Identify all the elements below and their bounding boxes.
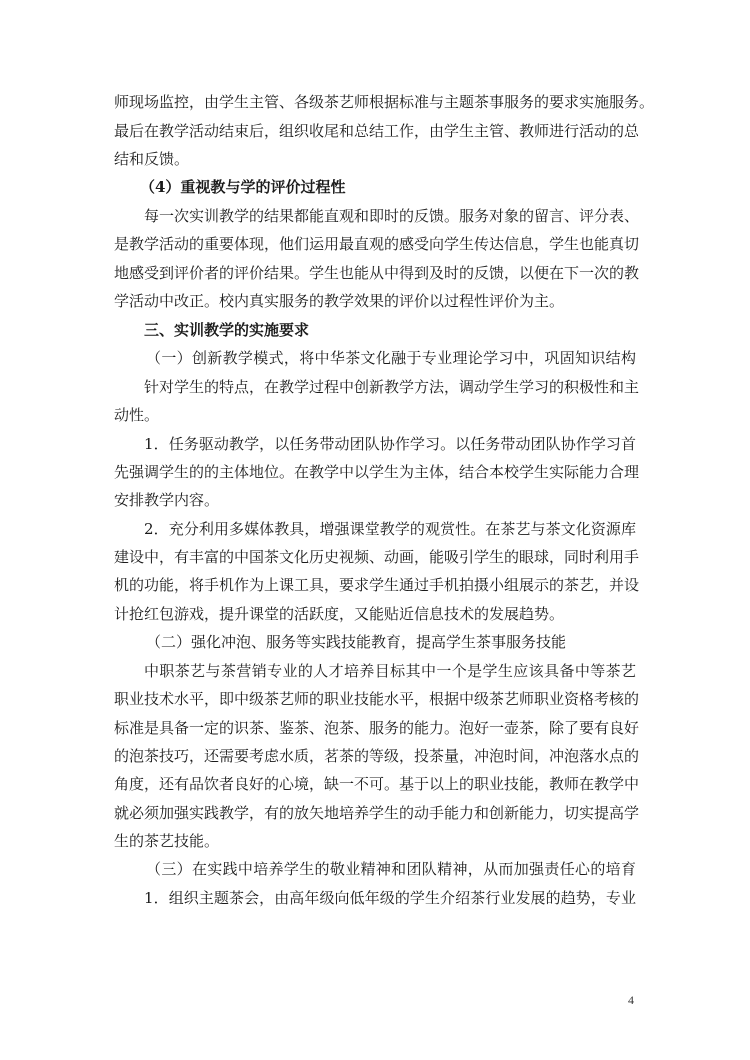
body-text-line: 动性。 [114, 404, 636, 426]
body-text-line: 安排教学内容。 [114, 489, 636, 511]
subheading-2: （二）强化冲泡、服务等实践技能教育，提高学生茶事服务技能 [146, 631, 636, 653]
chapter-heading-3: 三、实训教学的实施要求 [144, 319, 636, 341]
body-text-line: 师现场监控，由学生主管、各级茶艺师根据标准与主题茶事服务的要求实施服务。 [114, 91, 636, 113]
list-item-1-first-line: 1．任务驱动教学，以任务带动团队协作学习。以任务带动团队协作学习首 [144, 433, 636, 455]
body-text-line: 计抢红包游戏，提升课堂的活跃度，又能贴近信息技术的发展趋势。 [114, 603, 636, 625]
body-text-line: 职业技术水平，即中级茶艺师的职业技能水平，根据中级茶艺师职业资格考核的 [114, 688, 636, 710]
subheading-3: （三）在实践中培养学生的敬业精神和团队精神，从而加强责任心的培育 [146, 858, 636, 880]
subheading-1: （一）创新教学模式，将中华茶文化融于专业理论学习中，巩固知识结构 [146, 347, 636, 369]
list-item-2-first-line: 2．充分利用多媒体教具，增强课堂教学的观赏性。在茶艺与茶文化资源库 [144, 518, 636, 540]
body-text-line: 的泡茶技巧，还需要考虑水质，茗茶的等级，投茶量，冲泡时间，冲泡落水点的 [114, 745, 636, 767]
paragraph-first-line: 针对学生的特点，在教学过程中创新教学方法，调动学生学习的积极性和主 [144, 376, 636, 398]
paragraph-first-line: 中职茶艺与茶营销专业的人才培养目标其中一个是学生应该具备中等茶艺 [144, 660, 636, 682]
body-text-line: 机的功能，将手机作为上课工具，要求学生通过手机拍摄小组展示的茶艺，并设 [114, 574, 636, 596]
document-page: 师现场监控，由学生主管、各级茶艺师根据标准与主题茶事服务的要求实施服务。 最后在… [0, 0, 750, 1060]
body-text-line: 地感受到评价者的评价结果。学生也能从中得到及时的反馈，以便在下一次的教 [114, 262, 636, 284]
section-heading-4: （4）重视教与学的评价过程性 [140, 176, 662, 198]
body-text-line: 建设中，有丰富的中国茶文化历史视频、动画，能吸引学生的眼球，同时利用手 [114, 546, 636, 568]
paragraph-first-line: 每一次实训教学的结果都能直观和即时的反馈。服务对象的留言、评分表、 [144, 205, 636, 227]
body-text-line: 生的茶艺技能。 [114, 830, 636, 852]
body-text-line: 结和反馈。 [114, 148, 636, 170]
page-number: 4 [628, 993, 634, 1008]
list-item-1-first-line: 1．组织主题茶会，由高年级向低年级的学生介绍茶行业发展的趋势，专业 [144, 887, 636, 909]
body-text-line: 标准是具备一定的识茶、鉴茶、泡茶、服务的能力。泡好一壶茶，除了要有良好 [114, 717, 636, 739]
body-text-line: 是教学活动的重要体现，他们运用最直观的感受向学生传达信息，学生也能真切 [114, 233, 636, 255]
body-text-line: 最后在教学活动结束后，组织收尾和总结工作，由学生主管、教师进行活动的总 [114, 120, 636, 142]
body-text-line: 学活动中改正。校内真实服务的教学效果的评价以过程性评价为主。 [114, 290, 636, 312]
body-text-line: 就必须加强实践教学，有的放矢地培养学生的动手能力和创新能力，切实提高学 [114, 802, 636, 824]
body-text-line: 先强调学生的的主体地位。在教学中以学生为主体，结合本校学生实际能力合理 [114, 461, 636, 483]
body-text-line: 角度，还有品饮者良好的心境，缺一不可。基于以上的职业技能，教师在教学中 [114, 773, 636, 795]
